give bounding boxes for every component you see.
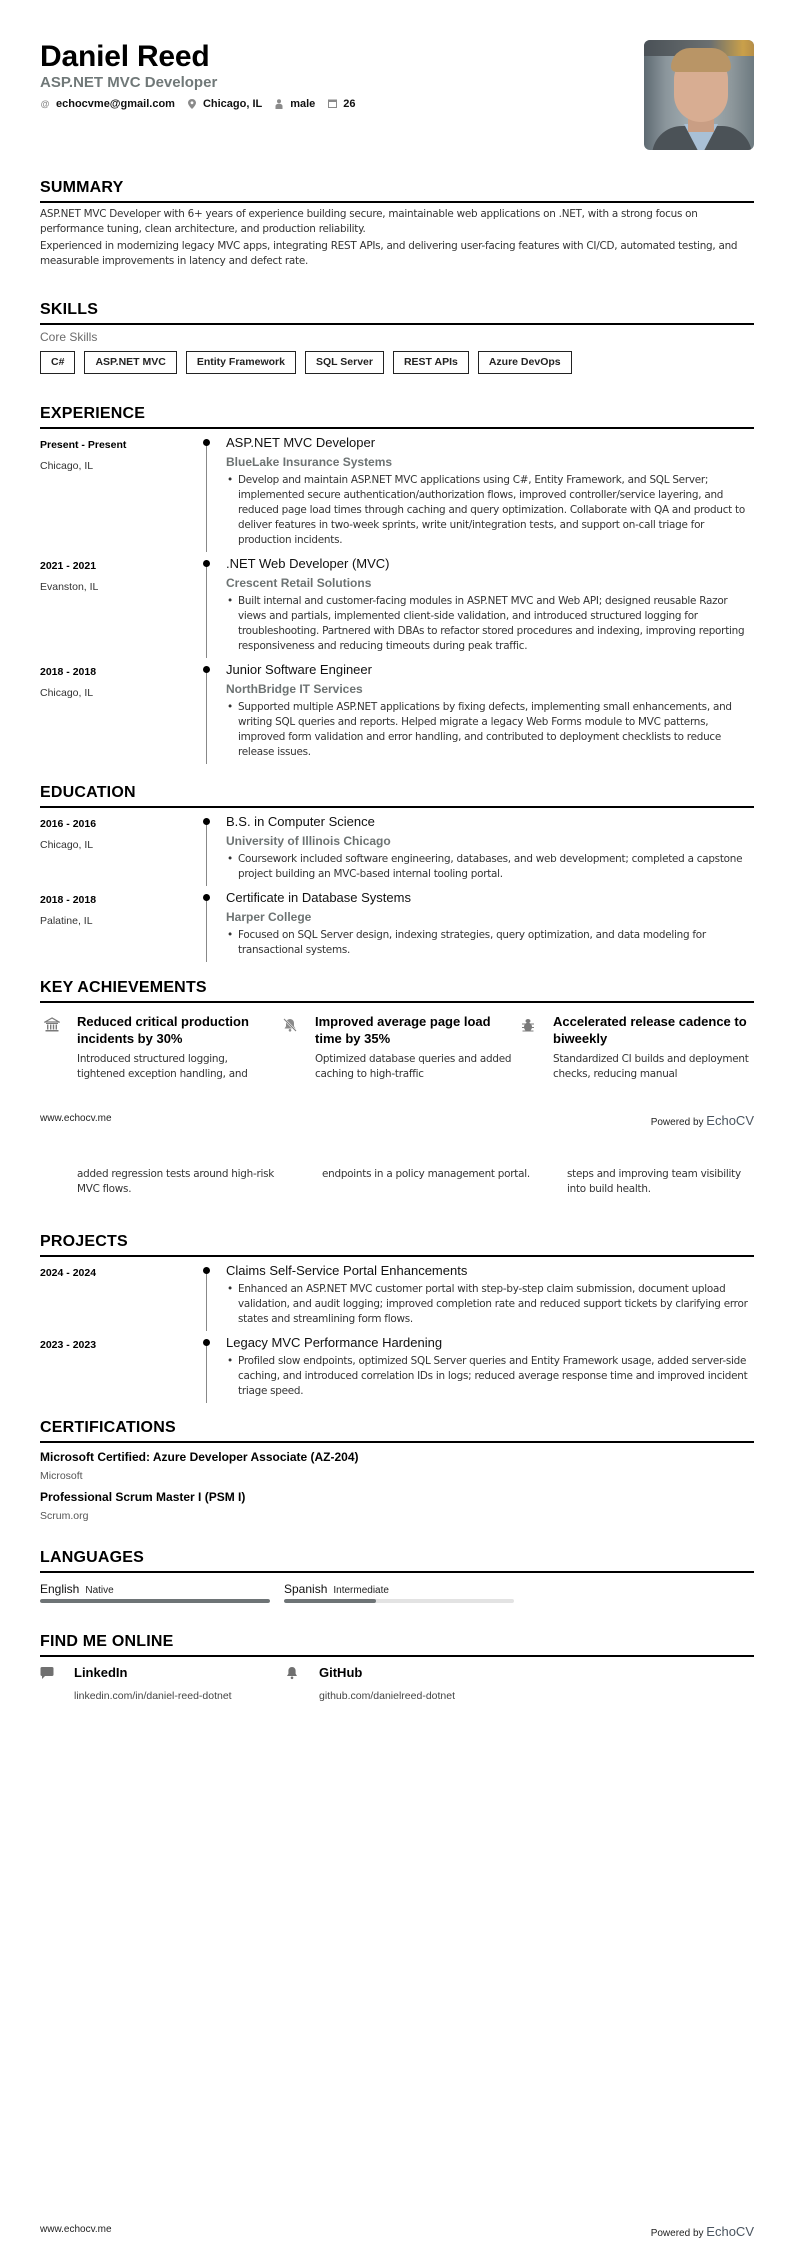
entry-bullet: Profiled slow endpoints, optimized SQL S… [226,1354,754,1399]
skill-tag: Azure DevOps [478,351,572,374]
contact-location-value: Chicago, IL [203,97,262,111]
languages-section: LANGUAGES English Native Spanish Interme… [40,1548,754,1603]
entry-dates: Present - Present [40,438,206,452]
language-name: Spanish [284,1582,327,1596]
achievement-description-continued: endpoints in a policy management portal. [285,1167,530,1197]
link-url[interactable]: github.com/danielreed-dotnet [319,1689,455,1703]
location-pin-icon [187,99,197,109]
online-link-linkedin[interactable]: LinkedIn linkedin.com/in/daniel-reed-dot… [40,1665,285,1703]
language-name: English [40,1582,79,1596]
link-name: LinkedIn [74,1665,232,1681]
skill-tag: SQL Server [305,351,384,374]
bank-icon [44,1017,68,1082]
entry-title: Claims Self-Service Portal Enhancements [226,1263,754,1279]
entry-organization: Crescent Retail Solutions [226,575,754,591]
education-section: EDUCATION 2016 - 2016 Chicago, IL B.S. i… [40,783,754,958]
education-entry: 2018 - 2018 Palatine, IL Certificate in … [40,890,754,958]
entry-location: Chicago, IL [40,686,206,700]
entry-dates: 2021 - 2021 [40,559,206,573]
section-title: CERTIFICATIONS [40,1418,754,1443]
language-proficiency-bar [40,1599,270,1603]
achievement-description: Introduced structured logging, tightened… [77,1052,277,1082]
section-title: PROJECTS [40,1232,754,1257]
section-title: EXPERIENCE [40,404,754,429]
bell-slash-icon [282,1017,306,1082]
achievements-continued: added regression tests around high-risk … [40,1167,754,1197]
skill-tag: C# [40,351,75,374]
link-url[interactable]: linkedin.com/in/daniel-reed-dotnet [74,1689,232,1703]
achievement-description-continued: added regression tests around high-risk … [40,1167,285,1197]
timeline-line [206,560,207,658]
timeline-line [206,666,207,764]
achievement-item: Improved average page load time by 35% O… [278,1013,516,1082]
link-name: GitHub [319,1665,455,1681]
skills-group-label: Core Skills [40,330,754,345]
footer-brand: EchoCV [706,1113,754,1128]
entry-title: Certificate in Database Systems [226,890,754,906]
resume-header: Daniel Reed ASP.NET MVC Developer @ echo… [40,40,754,152]
online-link-github[interactable]: GitHub github.com/danielreed-dotnet [285,1665,530,1703]
section-title: LANGUAGES [40,1548,754,1573]
achievement-title: Improved average page load time by 35% [315,1013,515,1047]
experience-section: EXPERIENCE Present - Present Chicago, IL… [40,404,754,760]
timeline-line [206,1339,207,1403]
entry-bullet: Enhanced an ASP.NET MVC customer portal … [226,1282,754,1327]
contact-row: @ echocvme@gmail.com Chicago, IL male 2 [40,97,368,111]
timeline-line [206,818,207,886]
skills-section: SKILLS Core Skills C# ASP.NET MVC Entity… [40,300,754,374]
section-title: EDUCATION [40,783,754,808]
achievement-item: Reduced critical production incidents by… [40,1013,278,1082]
language-item: Spanish Intermediate [284,1582,514,1603]
footer-site-link[interactable]: www.echocv.me [40,2224,112,2239]
entry-bullet: Focused on SQL Server design, indexing s… [226,928,754,958]
speech-bubble-icon [40,1666,54,1703]
entry-location: Evanston, IL [40,580,206,594]
contact-age-value: 26 [343,97,355,111]
entry-location: Chicago, IL [40,459,206,473]
entry-dates: 2018 - 2018 [40,893,206,907]
entry-dates: 2024 - 2024 [40,1266,206,1280]
entry-location: Palatine, IL [40,914,206,928]
entry-title: Legacy MVC Performance Hardening [226,1335,754,1351]
summary-section: SUMMARY ASP.NET MVC Developer with 6+ ye… [40,178,754,269]
page-footer: www.echocv.me Powered by EchoCV [40,2224,754,2239]
timeline-dot [203,560,210,567]
person-icon [274,99,284,109]
achievements-section: KEY ACHIEVEMENTS Reduced critical produc… [40,978,754,1082]
certification-issuer: Microsoft [40,1469,754,1483]
entry-title: ASP.NET MVC Developer [226,435,754,451]
contact-age: 26 [327,97,355,111]
contact-gender-value: male [290,97,315,111]
skill-tag: REST APIs [393,351,469,374]
skill-tag: ASP.NET MVC [84,351,176,374]
language-level: Native [85,1585,113,1596]
bell-icon [285,1666,299,1703]
contact-location: Chicago, IL [187,97,262,111]
achievement-title: Reduced critical production incidents by… [77,1013,277,1047]
language-proficiency-bar [284,1599,514,1603]
entry-dates: 2018 - 2018 [40,665,206,679]
achievement-description: Standardized CI builds and deployment ch… [553,1052,753,1082]
at-icon: @ [40,99,50,109]
footer-brand: EchoCV [706,2224,754,2239]
bug-icon [520,1017,544,1082]
language-item: English Native [40,1582,270,1603]
entry-title: B.S. in Computer Science [226,814,754,830]
entry-organization: NorthBridge IT Services [226,681,754,697]
timeline-dot [203,666,210,673]
entry-organization: BlueLake Insurance Systems [226,454,754,470]
section-title: SUMMARY [40,178,754,203]
entry-bullet: Coursework included software engineering… [226,852,754,882]
profile-photo [644,40,754,150]
timeline-line [206,439,207,552]
experience-entry: 2018 - 2018 Chicago, IL Junior Software … [40,662,754,760]
skill-tag: Entity Framework [186,351,296,374]
timeline-dot [203,1339,210,1346]
certification-name: Professional Scrum Master I (PSM I) [40,1489,754,1505]
project-entry: 2023 - 2023 Legacy MVC Performance Harde… [40,1335,754,1399]
skill-tags: C# ASP.NET MVC Entity Framework SQL Serv… [40,351,754,374]
language-level: Intermediate [333,1585,389,1596]
candidate-role: ASP.NET MVC Developer [40,74,217,92]
candidate-name: Daniel Reed [40,40,210,74]
footer-site-link[interactable]: www.echocv.me [40,1113,112,1128]
experience-entry: 2021 - 2021 Evanston, IL .NET Web Develo… [40,556,754,654]
achievement-item: Accelerated release cadence to biweekly … [516,1013,754,1082]
entry-title: .NET Web Developer (MVC) [226,556,754,572]
entry-title: Junior Software Engineer [226,662,754,678]
section-title: SKILLS [40,300,754,325]
entry-organization: University of Illinois Chicago [226,833,754,849]
footer-powered-by: Powered by EchoCV [651,2224,754,2239]
timeline-dot [203,439,210,446]
certification-name: Microsoft Certified: Azure Developer Ass… [40,1449,754,1465]
achievement-description: Optimized database queries and added cac… [315,1052,515,1082]
contact-gender: male [274,97,315,111]
section-title: FIND ME ONLINE [40,1632,754,1657]
online-section: FIND ME ONLINE LinkedIn linkedin.com/in/… [40,1632,754,1703]
timeline-dot [203,894,210,901]
entry-bullet: Develop and maintain ASP.NET MVC applica… [226,473,754,548]
education-entry: 2016 - 2016 Chicago, IL B.S. in Computer… [40,814,754,882]
achievement-description-continued: steps and improving team visibility into… [530,1167,754,1197]
timeline-dot [203,818,210,825]
entry-organization: Harper College [226,909,754,925]
certification-issuer: Scrum.org [40,1509,754,1523]
project-entry: 2024 - 2024 Claims Self-Service Portal E… [40,1263,754,1327]
entry-dates: 2016 - 2016 [40,817,206,831]
timeline-line [206,894,207,962]
achievement-title: Accelerated release cadence to biweekly [553,1013,753,1047]
entry-dates: 2023 - 2023 [40,1338,206,1352]
summary-paragraph: Experienced in modernizing legacy MVC ap… [40,239,754,269]
summary-paragraph: ASP.NET MVC Developer with 6+ years of e… [40,207,754,237]
experience-entry: Present - Present Chicago, IL ASP.NET MV… [40,435,754,548]
entry-location: Chicago, IL [40,838,206,852]
timeline-line [206,1267,207,1331]
entry-bullet: Built internal and customer-facing modul… [226,594,754,654]
page-footer: www.echocv.me Powered by EchoCV [40,1113,754,1128]
projects-section: PROJECTS 2024 - 2024 Claims Self-Service… [40,1232,754,1399]
section-title: KEY ACHIEVEMENTS [40,978,754,1003]
entry-bullet: Supported multiple ASP.NET applications … [226,700,754,760]
contact-email[interactable]: @ echocvme@gmail.com [40,97,175,111]
calendar-icon [327,99,337,109]
certifications-section: CERTIFICATIONS Microsoft Certified: Azur… [40,1418,754,1523]
footer-powered-by: Powered by EchoCV [651,1113,754,1128]
timeline-dot [203,1267,210,1274]
contact-email-value: echocvme@gmail.com [56,97,175,111]
